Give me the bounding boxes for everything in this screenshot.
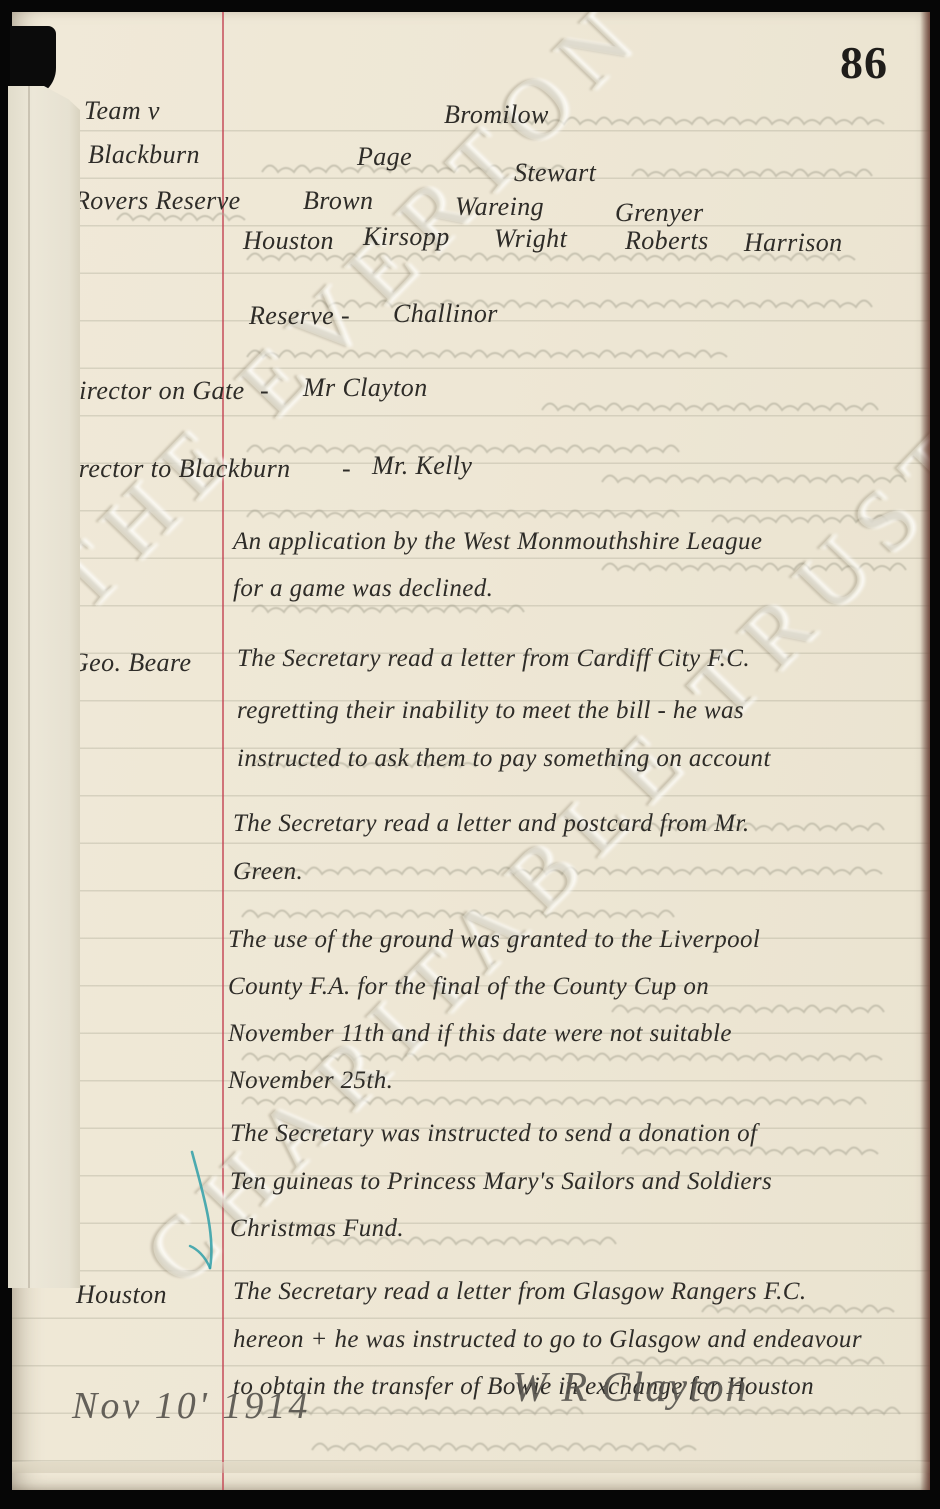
official-role: Director to Blackburn — [52, 454, 291, 484]
bleedthrough-stroke — [247, 511, 679, 518]
minute-line: Christmas Fund. — [230, 1215, 404, 1243]
reserve-label: Reserve - — [249, 301, 350, 331]
minute-line: Ten guineas to Princess Mary's Sailors a… — [230, 1168, 772, 1196]
player-name: Bromilow — [444, 100, 549, 130]
minute-line: November 25th. — [228, 1067, 393, 1095]
team-margin-line: Team v — [84, 96, 160, 126]
paper-fold-crease — [28, 86, 30, 1288]
player-name: Challinor — [393, 299, 498, 329]
minute-line: instructed to ask them to pay something … — [237, 745, 771, 773]
minute-line: Green. — [233, 858, 303, 886]
official-dash: - — [342, 454, 351, 484]
minute-line: for a game was declined. — [233, 575, 493, 603]
page-number: 86 — [840, 36, 888, 89]
official-name: Mr Clayton — [303, 373, 428, 403]
team-margin-line: Blackburn — [88, 140, 200, 170]
minute-date: Nov 10' 1914 — [72, 1384, 310, 1428]
bleedthrough-stroke — [312, 1444, 696, 1451]
bleedthrough-stroke — [702, 1306, 894, 1313]
page-bottom-edge — [12, 1462, 930, 1473]
minute-line: County F.A. for the final of the County … — [228, 973, 709, 1001]
bleedthrough-stroke — [612, 1006, 884, 1013]
bleedthrough-stroke — [542, 404, 878, 411]
player-name: Houston — [243, 226, 334, 256]
book-spine-edge — [920, 12, 930, 1490]
official-name: Mr. Kelly — [372, 451, 472, 481]
margin-note: Houston — [76, 1280, 167, 1310]
minute-book-page: THE EVERTON COLLECTION CHARITABLE TRUST … — [12, 12, 930, 1490]
scan-background: THE EVERTON COLLECTION CHARITABLE TRUST … — [0, 0, 940, 1509]
minute-line: The Secretary read a letter and postcard… — [233, 810, 750, 838]
bleedthrough-stroke — [252, 606, 524, 613]
player-name: Stewart — [514, 158, 596, 188]
check-mark — [184, 1148, 228, 1280]
minute-line: hereon + he was instructed to go to Glas… — [233, 1326, 862, 1354]
bleedthrough-stroke — [622, 1148, 878, 1155]
team-margin-line: Rovers Reserve — [74, 186, 241, 216]
official-role: Director on Gate — [60, 376, 245, 406]
margin-note: Geo. Beare — [70, 648, 191, 678]
minute-line: An application by the West Monmouthshire… — [233, 528, 762, 556]
bleedthrough-stroke — [632, 170, 872, 177]
minute-line: The Secretary read a letter from Cardiff… — [237, 645, 750, 673]
player-name: Roberts — [625, 226, 709, 256]
inserted-paper-edge — [8, 86, 80, 1288]
minute-line: The Secretary was instructed to send a d… — [230, 1120, 757, 1148]
chairman-signature: W R Clayton — [512, 1364, 749, 1412]
player-name: Harrison — [744, 228, 843, 258]
player-name: Grenyer — [615, 198, 703, 228]
minute-line: regretting their inability to meet the b… — [237, 697, 744, 725]
player-name: Page — [357, 142, 412, 172]
official-dash: - — [260, 376, 269, 406]
minute-line: The Secretary read a letter from Glasgow… — [233, 1278, 806, 1306]
minute-line: November 11th and if this date were not … — [228, 1020, 732, 1048]
player-name: Kirsopp — [363, 222, 450, 252]
player-name: Brown — [303, 186, 373, 216]
player-name: Wareing — [455, 192, 544, 222]
minute-line: The use of the ground was granted to the… — [228, 926, 760, 954]
player-name: Wright — [494, 224, 567, 254]
